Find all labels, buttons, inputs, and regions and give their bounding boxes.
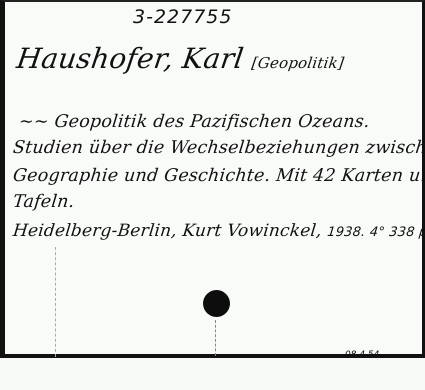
title-line-4: Tafeln. xyxy=(12,192,76,212)
imprint: Heidelberg-Berlin, Kurt Vowinckel, 1938.… xyxy=(12,221,425,241)
faint-guide-line xyxy=(55,247,57,357)
catalog-card: 3-227755 Haushofer, Karl [Geopolitik] ~~… xyxy=(0,0,425,358)
title-line-2: Studien über die Wechselbeziehungen zwis… xyxy=(12,138,425,158)
call-number: 3-227755 xyxy=(133,6,232,28)
imprint-place-publisher: Heidelberg-Berlin, Kurt Vowinckel, xyxy=(12,221,323,241)
title-line-3: Geographie und Geschichte. Mit 42 Karten… xyxy=(12,166,425,186)
date-note: 08.4.54. xyxy=(345,350,382,360)
punch-hole xyxy=(203,290,230,317)
faint-guide-line xyxy=(215,320,217,356)
imprint-year-pages: 1938. 4° 338 p. xyxy=(326,225,425,240)
title-line-1: ~~ Geopolitik des Pazifischen Ozeans. xyxy=(18,112,371,132)
subject-qualifier: [Geopolitik] xyxy=(251,54,346,72)
author-name: Haushofer, Karl xyxy=(15,42,246,75)
author-heading: Haushofer, Karl [Geopolitik] xyxy=(15,42,347,75)
